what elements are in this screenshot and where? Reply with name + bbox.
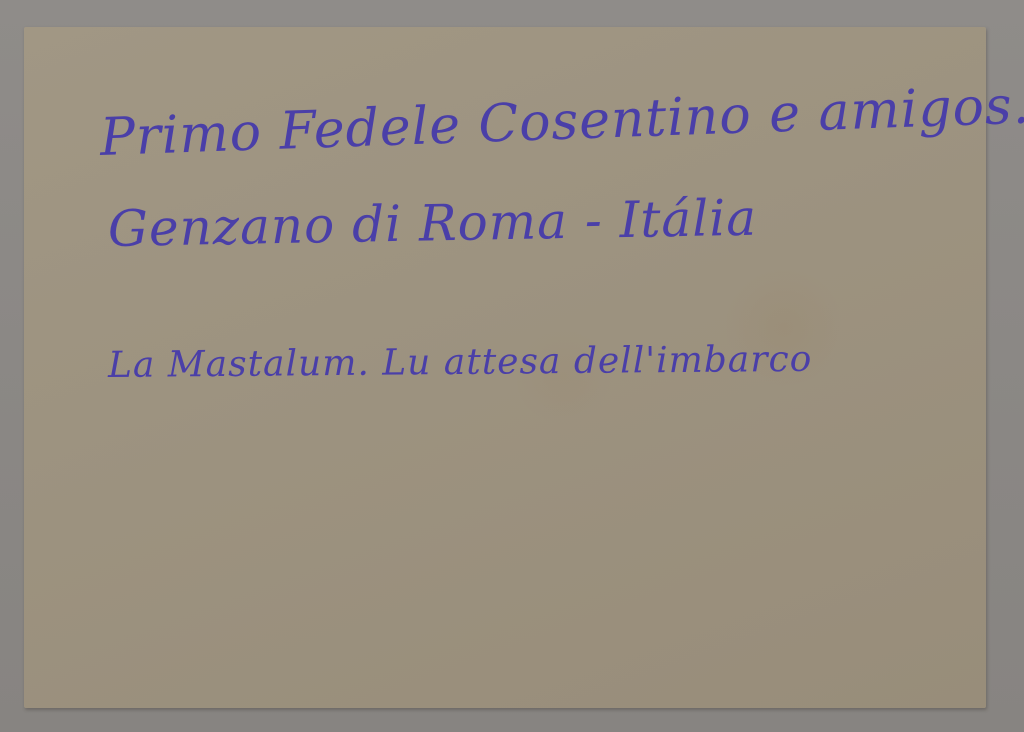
handwritten-line-location: Genzano di Roma - Itália <box>107 189 757 258</box>
handwritten-line-caption: La Mastalum. Lu attesa dell'imbarco <box>108 339 813 386</box>
